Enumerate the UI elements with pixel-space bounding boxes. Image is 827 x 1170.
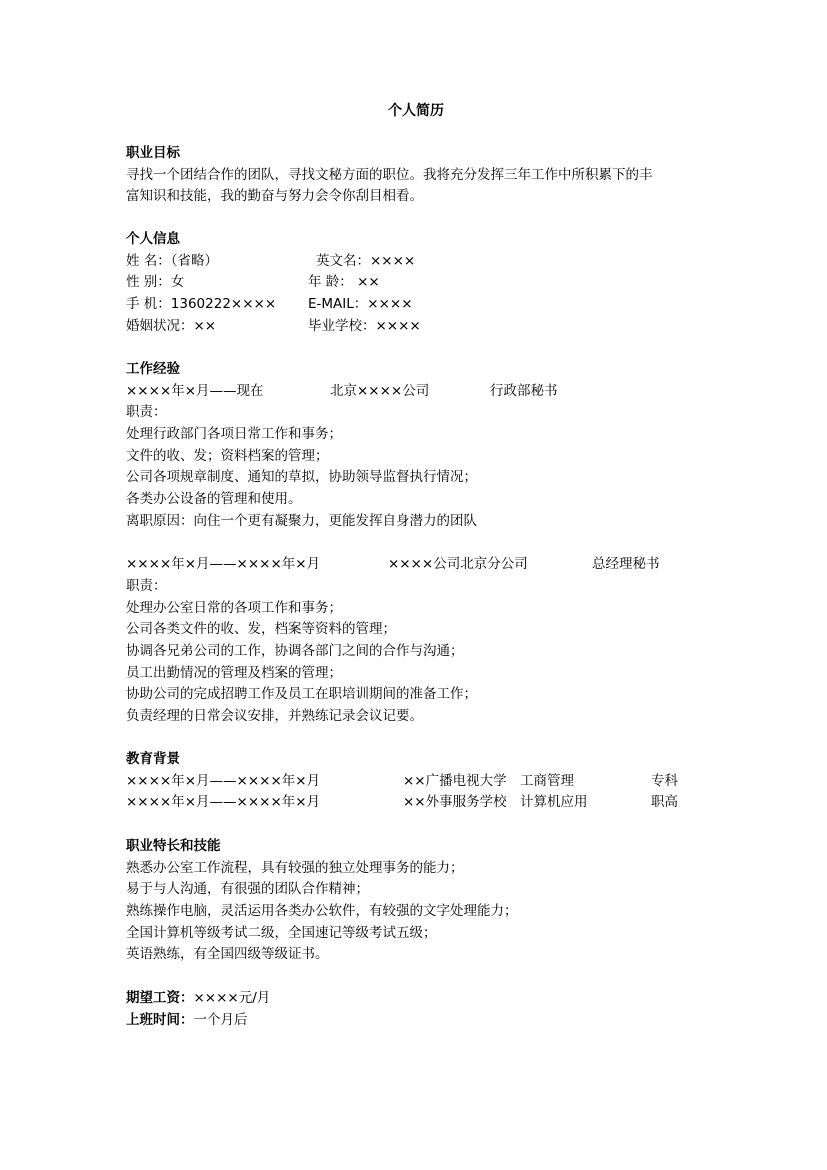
start-time: 上班时间：一个月后: [126, 1010, 706, 1032]
info-email: E-MAIL：××××: [308, 294, 413, 316]
section-education: 教育背景 ××××年×月——××××年×月 ××广播电视大学 工商管理 专科 ×…: [126, 749, 706, 814]
job-company: 北京××××公司: [330, 381, 429, 403]
objective-line: 寻找一个团结合作的团队，寻找文秘方面的职位。我将充分发挥三年工作中所积累下的丰: [126, 165, 706, 187]
duty-item: 负责经理的日常会议安排，并熟练记录会议记要。: [126, 706, 706, 728]
duty-item: 各类办公设备的管理和使用。: [126, 489, 706, 511]
job-company: ××××公司北京分公司: [388, 554, 528, 576]
info-age: 年 龄： ××: [308, 272, 380, 294]
skill-item: 英语熟练，有全国四级等级证书。: [126, 944, 706, 966]
job-entry: ××××年×月——现在 北京××××公司 行政部秘书 职责： 处理行政部门各项日…: [126, 381, 706, 533]
section-heading: 职业特长和技能: [126, 836, 706, 858]
section-skills: 职业特长和技能 熟悉办公室工作流程，具有较强的独立处理事务的能力； 易于与人沟通…: [126, 836, 706, 1031]
edu-school: ××广播电视大学: [403, 771, 507, 793]
info-name: 姓 名：（省略）: [126, 251, 218, 273]
info-gender: 性 别：女: [126, 272, 184, 294]
spacer: [126, 533, 706, 555]
spacer: [126, 966, 706, 988]
duties-label: 职责：: [126, 576, 706, 598]
info-row: 婚姻状况：×× 毕业学校：××××: [126, 316, 706, 338]
info-row: 手 机：1360222×××× E-MAIL：××××: [126, 294, 706, 316]
info-marital-status: 婚姻状况：××: [126, 316, 216, 338]
duty-item: 协助公司的完成招聘工作及员工在职培训期间的准备工作；: [126, 684, 706, 706]
edu-major: 计算机应用: [520, 792, 588, 814]
expected-salary-value: ××××元/月: [194, 990, 271, 1006]
info-school: 毕业学校：××××: [308, 316, 421, 338]
start-time-value: 一个月后: [194, 1012, 248, 1028]
duty-item: 员工出勤情况的管理及档案的管理；: [126, 663, 706, 685]
job-header: ××××年×月——××××年×月 ××××公司北京分公司 总经理秘书: [126, 554, 706, 576]
duty-item: 处理办公室日常的各项工作和事务；: [126, 598, 706, 620]
edu-level: 专科: [651, 771, 678, 793]
section-heading: 工作经验: [126, 359, 706, 381]
duty-item: 公司各类文件的收、发，档案等资料的管理；: [126, 619, 706, 641]
education-entry: ××××年×月——××××年×月 ××外事服务学校 计算机应用 职高: [126, 792, 706, 814]
info-english-name: 英文名：××××: [316, 251, 415, 273]
skill-item: 全国计算机等级考试二级，全国速记等级考试五级；: [126, 923, 706, 945]
edu-period: ××××年×月——××××年×月: [126, 771, 320, 793]
duty-item: 协调各兄弟公司的工作，协调各部门之间的合作与沟通；: [126, 641, 706, 663]
edu-school: ××外事服务学校: [403, 792, 507, 814]
section-work-experience: 工作经验 ××××年×月——现在 北京××××公司 行政部秘书 职责： 处理行政…: [126, 359, 706, 728]
section-objective: 职业目标 寻找一个团结合作的团队，寻找文秘方面的职位。我将充分发挥三年工作中所积…: [126, 143, 706, 208]
section-heading: 个人信息: [126, 229, 706, 251]
job-position: 总经理秘书: [592, 554, 660, 576]
skill-item: 易于与人沟通，有很强的团队合作精神；: [126, 879, 706, 901]
info-phone: 手 机：1360222××××: [126, 294, 276, 316]
edu-level: 职高: [651, 792, 678, 814]
section-personal-info: 个人信息 姓 名：（省略） 英文名：×××× 性 别：女 年 龄： ×× 手 机…: [126, 229, 706, 337]
job-period: ××××年×月——现在: [126, 381, 264, 403]
document-title: 个人简历: [126, 101, 706, 121]
job-position: 行政部秘书: [490, 381, 558, 403]
education-entry: ××××年×月——××××年×月 ××广播电视大学 工商管理 专科: [126, 771, 706, 793]
duty-item: 文件的收、发；资料档案的管理；: [126, 446, 706, 468]
job-header: ××××年×月——现在 北京××××公司 行政部秘书: [126, 381, 706, 403]
skill-item: 熟悉办公室工作流程，具有较强的独立处理事务的能力；: [126, 858, 706, 880]
info-row: 姓 名：（省略） 英文名：××××: [126, 251, 706, 273]
job-entry: ××××年×月——××××年×月 ××××公司北京分公司 总经理秘书 职责： 处…: [126, 554, 706, 728]
start-time-label: 上班时间：: [126, 1012, 194, 1028]
duty-item: 公司各项规章制度、通知的草拟，协助领导监督执行情况；: [126, 467, 706, 489]
info-row: 性 别：女 年 龄： ××: [126, 272, 706, 294]
duty-item: 处理行政部门各项日常工作和事务；: [126, 424, 706, 446]
expected-salary: 期望工资：××××元/月: [126, 988, 706, 1010]
edu-period: ××××年×月——××××年×月: [126, 792, 320, 814]
leave-reason: 离职原因：向住一个更有凝聚力，更能发挥自身潜力的团队: [126, 511, 706, 533]
skill-item: 熟练操作电脑，灵活运用各类办公软件，有较强的文字处理能力；: [126, 901, 706, 923]
objective-line: 富知识和技能，我的勤奋与努力会令你刮目相看。: [126, 186, 706, 208]
section-heading: 教育背景: [126, 749, 706, 771]
job-period: ××××年×月——××××年×月: [126, 554, 320, 576]
section-heading: 职业目标: [126, 143, 706, 165]
expected-salary-label: 期望工资：: [126, 990, 194, 1006]
duties-label: 职责：: [126, 402, 706, 424]
edu-major: 工商管理: [520, 771, 574, 793]
